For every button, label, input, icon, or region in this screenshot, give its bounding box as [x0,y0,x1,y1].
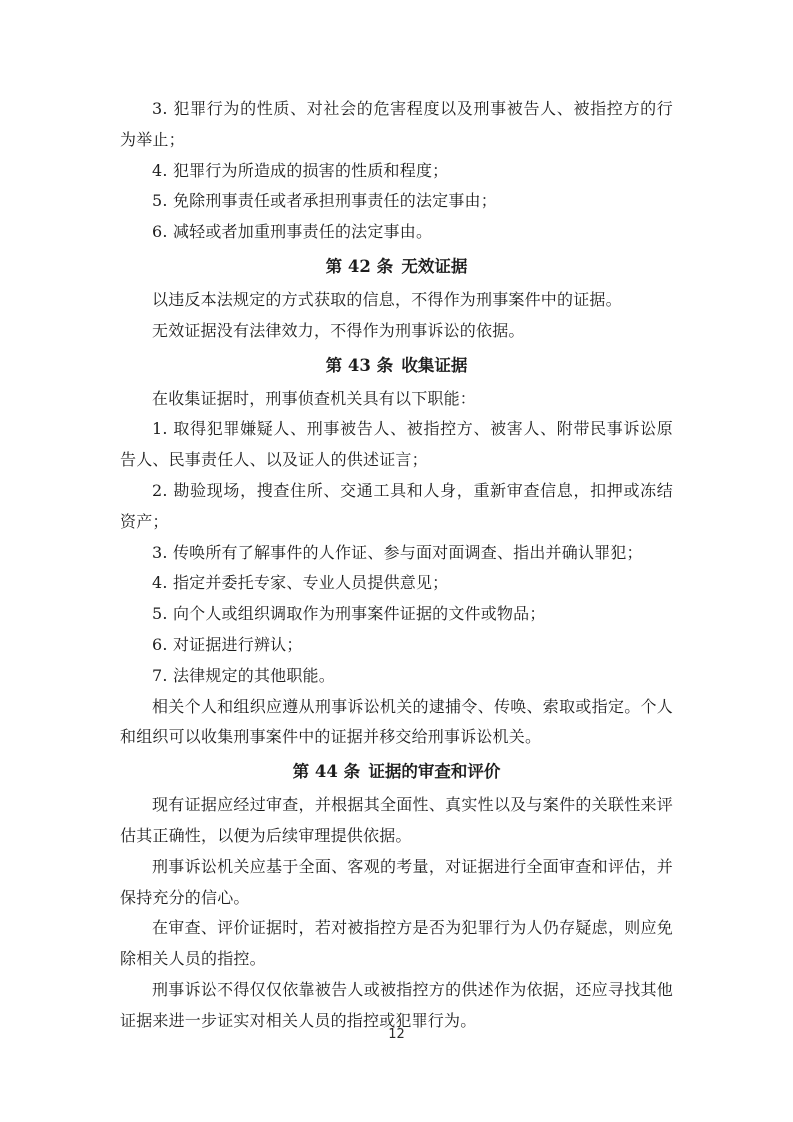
body-paragraph: 6. 对证据进行辨认； [120,630,673,661]
document-page: 3. 犯罪行为的性质、对社会的危害程度以及刑事被告人、被指控方的行为举止；4. … [0,0,793,1122]
body-paragraph: 刑事诉讼机关应基于全面、客观的考量，对证据进行全面审查和评估，并保持充分的信心。 [120,852,673,914]
body-paragraph: 在收集证据时，刑事侦查机关具有以下职能： [120,384,673,415]
body-paragraph: 4. 犯罪行为所造成的损害的性质和程度； [120,156,673,187]
body-paragraph: 7. 法律规定的其他职能。 [120,661,673,692]
body-paragraph: 4. 指定并委托专家、专业人员提供意见； [120,568,673,599]
document-body: 3. 犯罪行为的性质、对社会的危害程度以及刑事被告人、被指控方的行为举止；4. … [120,94,673,1037]
body-paragraph: 以违反本法规定的方式获取的信息，不得作为刑事案件中的证据。 [120,285,673,316]
body-paragraph: 3. 传唤所有了解事件的人作证、参与面对面调查、指出并确认罪犯； [120,538,673,569]
body-paragraph: 2. 勘验现场，搜查住所、交通工具和人身，重新审查信息，扣押或冻结资产； [120,476,673,538]
article-heading: 第 43 条 收集证据 [120,350,673,381]
body-paragraph: 无效证据没有法律效力，不得作为刑事诉讼的依据。 [120,316,673,347]
body-paragraph: 6. 减轻或者加重刑事责任的法定事由。 [120,217,673,248]
article-heading: 第 44 条 证据的审查和评价 [120,756,673,787]
body-paragraph: 1. 取得犯罪嫌疑人、刑事被告人、被指控方、被害人、附带民事诉讼原告人、民事责任… [120,414,673,476]
body-paragraph: 在审查、评价证据时，若对被指控方是否为犯罪行为人仍存疑虑，则应免除相关人员的指控… [120,913,673,975]
body-paragraph: 3. 犯罪行为的性质、对社会的危害程度以及刑事被告人、被指控方的行为举止； [120,94,673,156]
article-heading: 第 42 条 无效证据 [120,251,673,282]
body-paragraph: 5. 免除刑事责任或者承担刑事责任的法定事由； [120,186,673,217]
page-number: 12 [0,1027,793,1042]
body-paragraph: 5. 向个人或组织调取作为刑事案件证据的文件或物品； [120,599,673,630]
body-paragraph: 现有证据应经过审查，并根据其全面性、真实性以及与案件的关联性来评估其正确性，以便… [120,790,673,852]
body-paragraph: 相关个人和组织应遵从刑事诉讼机关的逮捕令、传唤、索取或指定。个人和组织可以收集刑… [120,692,673,754]
